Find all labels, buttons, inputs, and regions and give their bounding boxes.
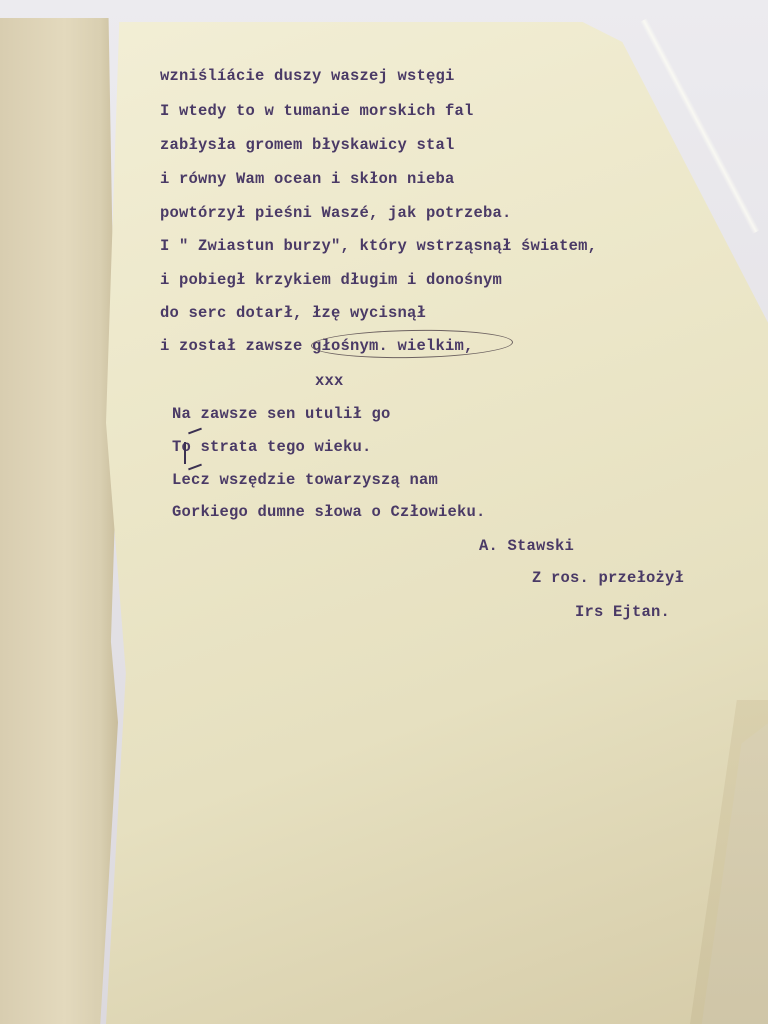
poem-line: To strata tego wieku. bbox=[172, 438, 372, 456]
author-signature: A. Stawski bbox=[479, 537, 574, 555]
poem-line: zabłysła gromem błyskawicy stal bbox=[160, 136, 455, 154]
translation-note: Z ros. przełożył bbox=[532, 569, 684, 587]
poem-line: I " Zwiastun burzy", który wstrząsnął św… bbox=[160, 237, 597, 255]
poem-line: wzniślíácie duszy waszej wstęgi bbox=[160, 67, 455, 85]
correction-mark bbox=[188, 428, 202, 435]
poem-line: Lecz wszędzie towarzyszą nam bbox=[172, 471, 438, 489]
correction-mark bbox=[184, 442, 186, 464]
poem-line: powtórzył pieśni Waszé, jak potrzeba. bbox=[160, 204, 512, 222]
poem-line: do serc dotarł, łzę wycisnął bbox=[160, 304, 426, 322]
translator-signature: Irs Ejtan. bbox=[575, 603, 670, 621]
poem-line: Na zawsze sen utulił go bbox=[172, 405, 391, 423]
correction-mark bbox=[188, 464, 202, 471]
poem-line: i równy Wam ocean i skłon nieba bbox=[160, 170, 455, 188]
pencil-circle-annotation bbox=[311, 328, 513, 360]
poem-line: I wtedy to w tumanie morskich fal bbox=[160, 102, 474, 120]
typewritten-text: wzniślíácie duszy waszej wstęgi I wtedy … bbox=[0, 0, 768, 1024]
poem-line: i pobiegł krzykiem długim i donośnym bbox=[160, 271, 502, 289]
stanza-separator: xxx bbox=[315, 372, 344, 390]
poem-line: Gorkiego dumne słowa o Człowieku. bbox=[172, 503, 486, 521]
